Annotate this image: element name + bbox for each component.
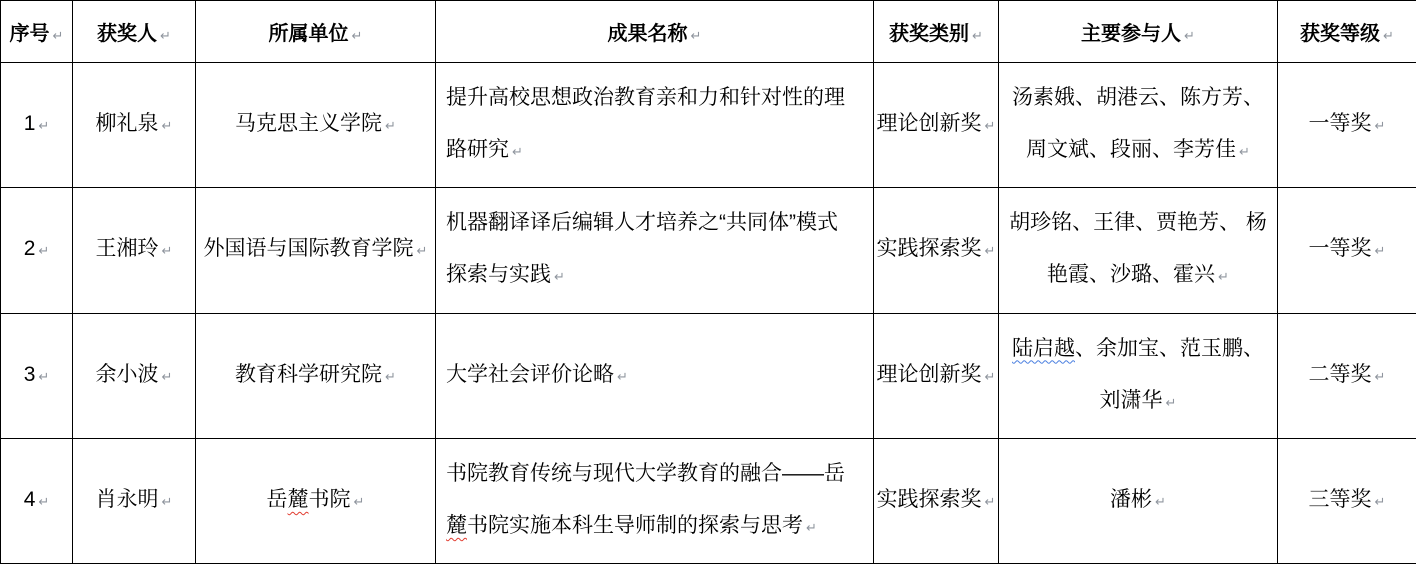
header-label: 所属单位 (269, 23, 349, 45)
cell-grade[interactable]: 二等奖↵ (1278, 313, 1416, 438)
column-header-unit: 所属单位↵ (196, 1, 436, 63)
paragraph-mark: ↵ (691, 28, 702, 43)
cell-text: 机器翻译译后编辑人才培养之“共同体”模式 (446, 211, 838, 234)
paragraph-mark: ↵ (385, 369, 396, 384)
text-line: 岳麓书院↵ (196, 474, 435, 528)
cell-category[interactable]: 理论创新奖↵ (874, 313, 999, 438)
paragraph-mark: ↵ (554, 269, 565, 284)
column-header-participants: 主要参与人↵ (999, 1, 1278, 63)
paragraph-mark: ↵ (1375, 369, 1386, 384)
cell-text: 书院教育传统与现代大学教育的融合——岳 (446, 462, 845, 485)
text-line: 刘潇华↵ (999, 375, 1277, 429)
cell-name[interactable]: 肖永明↵ (73, 438, 196, 563)
paragraph-mark: ↵ (1375, 494, 1386, 509)
paragraph-mark: ↵ (1184, 28, 1195, 43)
cell-text: 马克思主义学院 (235, 112, 382, 135)
cell-text: 余小波 (96, 363, 159, 386)
cell-achievement[interactable]: 书院教育传统与现代大学教育的融合——岳麓书院实施本科生导师制的探索与思考↵ (436, 438, 874, 563)
paragraph-mark: ↵ (1375, 243, 1386, 258)
paragraph-mark: ↵ (354, 494, 365, 509)
paragraph-mark: ↵ (162, 118, 173, 133)
cell-unit[interactable]: 教育科学研究院↵ (196, 313, 436, 438)
text-line: 周文斌、段丽、李芳佳↵ (999, 124, 1277, 178)
cell-text: 潘彬 (1110, 488, 1152, 511)
cell-text: 三等奖 (1309, 488, 1372, 511)
paragraph-mark: ↵ (38, 494, 49, 509)
spellcheck-red-wavy-text: 麓 (446, 514, 467, 537)
text-line: 4↵ (1, 474, 72, 528)
text-line: 三等奖↵ (1278, 474, 1416, 528)
text-line: 书院教育传统与现代大学教育的融合——岳 (446, 448, 869, 500)
cell-text: 外国语与国际教育学院 (204, 237, 414, 260)
text-line: 路研究↵ (446, 124, 869, 178)
header-label: 序号 (10, 23, 50, 45)
text-line: 理论创新奖↵ (874, 98, 998, 152)
text-line: 余小波↵ (73, 349, 195, 403)
cell-text: 岳 (267, 488, 288, 511)
paragraph-mark: ↵ (972, 28, 983, 43)
spellcheck-red-wavy-text: 麓 (288, 488, 309, 511)
cell-unit[interactable]: 马克思主义学院↵ (196, 63, 436, 188)
cell-text: 、余加宝、范玉鹏、 (1075, 337, 1264, 360)
paragraph-mark: ↵ (162, 369, 173, 384)
cell-text: 一等奖 (1309, 237, 1372, 260)
text-line: 王湘玲↵ (73, 223, 195, 277)
cell-text: 书院实施本科生导师制的探索与思考 (467, 514, 803, 537)
cell-text: 刘潇华 (1100, 389, 1163, 412)
text-line: 马克思主义学院↵ (196, 98, 435, 152)
cell-participants[interactable]: 潘彬↵ (999, 438, 1278, 563)
paragraph-mark: ↵ (1218, 269, 1229, 284)
header-label: 获奖人 (97, 23, 157, 45)
paragraph-mark: ↵ (162, 243, 173, 258)
cell-text: 一等奖 (1309, 112, 1372, 135)
table-row: 1↵柳礼泉↵马克思主义学院↵提升高校思想政治教育亲和力和针对性的理路研究↵理论创… (1, 63, 1416, 188)
text-line: 1↵ (1, 98, 72, 152)
column-header-name: 获奖人↵ (73, 1, 196, 63)
paragraph-mark: ↵ (53, 28, 64, 43)
cell-text: 提升高校思想政治教育亲和力和针对性的理 (446, 86, 845, 109)
cell-text: 大学社会评价论略 (446, 363, 614, 386)
header-label: 获奖类别 (889, 23, 969, 45)
paragraph-mark: ↵ (352, 28, 363, 43)
cell-text: 书院 (309, 488, 351, 511)
cell-text: 4 (24, 488, 36, 511)
cell-grade[interactable]: 一等奖↵ (1278, 188, 1416, 313)
cell-text: 路研究 (446, 138, 509, 161)
cell-no[interactable]: 3↵ (1, 313, 73, 438)
table-header: 序号↵获奖人↵所属单位↵成果名称↵获奖类别↵主要参与人↵获奖等级↵ (1, 1, 1416, 63)
paragraph-mark: ↵ (160, 28, 171, 43)
spellcheck-blue-wavy-text: 陆启越 (1012, 337, 1075, 360)
paragraph-mark: ↵ (985, 369, 996, 384)
cell-text: 周文斌、段丽、李芳佳 (1026, 138, 1236, 161)
text-line: 陆启越、余加宝、范玉鹏、 (999, 323, 1277, 375)
cell-no[interactable]: 1↵ (1, 63, 73, 188)
cell-text: 2 (24, 237, 36, 260)
text-line: 二等奖↵ (1278, 349, 1416, 403)
cell-text: 教育科学研究院 (235, 363, 382, 386)
paragraph-mark: ↵ (162, 494, 173, 509)
cell-text: 理论创新奖 (877, 363, 982, 386)
cell-achievement[interactable]: 机器翻译译后编辑人才培养之“共同体”模式探索与实践↵ (436, 188, 874, 313)
text-line: 探索与实践↵ (446, 249, 869, 303)
cell-participants[interactable]: 胡珍铭、王律、贾艳芳、 杨艳霞、沙璐、霍兴↵ (999, 188, 1278, 313)
text-line: 潘彬↵ (999, 474, 1277, 528)
cell-name[interactable]: 余小波↵ (73, 313, 196, 438)
awards-table: 序号↵获奖人↵所属单位↵成果名称↵获奖类别↵主要参与人↵获奖等级↵ 1↵柳礼泉↵… (0, 0, 1416, 564)
cell-text: 1 (24, 112, 36, 135)
paragraph-mark: ↵ (985, 243, 996, 258)
text-line: 麓书院实施本科生导师制的探索与思考↵ (446, 500, 869, 554)
cell-text: 实践探索奖 (877, 237, 982, 260)
cell-text: 3 (24, 363, 36, 386)
paragraph-mark: ↵ (417, 243, 428, 258)
text-line: 一等奖↵ (1278, 223, 1416, 277)
header-row: 序号↵获奖人↵所属单位↵成果名称↵获奖类别↵主要参与人↵获奖等级↵ (1, 1, 1416, 63)
cell-category[interactable]: 实践探索奖↵ (874, 438, 999, 563)
text-line: 外国语与国际教育学院↵ (196, 223, 435, 277)
text-line: 教育科学研究院↵ (196, 349, 435, 403)
cell-text: 艳霞、沙璐、霍兴 (1047, 263, 1215, 286)
table-row: 4↵肖永明↵岳麓书院↵书院教育传统与现代大学教育的融合——岳麓书院实施本科生导师… (1, 438, 1416, 563)
document-page: 序号↵获奖人↵所属单位↵成果名称↵获奖类别↵主要参与人↵获奖等级↵ 1↵柳礼泉↵… (0, 0, 1416, 564)
cell-text: 柳礼泉 (96, 112, 159, 135)
cell-participants[interactable]: 陆启越、余加宝、范玉鹏、刘潇华↵ (999, 313, 1278, 438)
cell-text: 胡珍铭、王律、贾艳芳、 杨 (1009, 211, 1267, 234)
paragraph-mark: ↵ (1239, 144, 1250, 159)
text-line: 机器翻译译后编辑人才培养之“共同体”模式 (446, 197, 869, 249)
text-line: 肖永明↵ (73, 474, 195, 528)
cell-category[interactable]: 理论创新奖↵ (874, 63, 999, 188)
text-line: 一等奖↵ (1278, 98, 1416, 152)
paragraph-mark: ↵ (1375, 118, 1386, 133)
cell-text: 理论创新奖 (877, 112, 982, 135)
text-line: 柳礼泉↵ (73, 98, 195, 152)
column-header-category: 获奖类别↵ (874, 1, 999, 63)
column-header-no: 序号↵ (1, 1, 73, 63)
paragraph-mark: ↵ (1166, 395, 1177, 410)
cell-category[interactable]: 实践探索奖↵ (874, 188, 999, 313)
header-label: 主要参与人 (1081, 23, 1181, 45)
cell-unit[interactable]: 岳麓书院↵ (196, 438, 436, 563)
paragraph-mark: ↵ (38, 243, 49, 258)
table-body: 1↵柳礼泉↵马克思主义学院↵提升高校思想政治教育亲和力和针对性的理路研究↵理论创… (1, 63, 1416, 564)
text-line: 提升高校思想政治教育亲和力和针对性的理 (446, 72, 869, 124)
header-label: 获奖等级 (1300, 23, 1380, 45)
text-line: 理论创新奖↵ (874, 349, 998, 403)
column-header-grade: 获奖等级↵ (1278, 1, 1416, 63)
cell-text: 汤素娥、胡港云、陈方芳、 (1012, 86, 1264, 109)
text-line: 艳霞、沙璐、霍兴↵ (999, 249, 1277, 303)
text-line: 实践探索奖↵ (874, 474, 998, 528)
header-label: 成果名称 (608, 23, 688, 45)
paragraph-mark: ↵ (38, 118, 49, 133)
table-row: 2↵王湘玲↵外国语与国际教育学院↵机器翻译译后编辑人才培养之“共同体”模式探索与… (1, 188, 1416, 313)
cell-achievement[interactable]: 大学社会评价论略↵ (436, 313, 874, 438)
cell-text: 王湘玲 (96, 237, 159, 260)
paragraph-mark: ↵ (385, 118, 396, 133)
cell-no[interactable]: 4↵ (1, 438, 73, 563)
text-line: 实践探索奖↵ (874, 223, 998, 277)
text-line: 2↵ (1, 223, 72, 277)
table-row: 3↵余小波↵教育科学研究院↵大学社会评价论略↵理论创新奖↵陆启越、余加宝、范玉鹏… (1, 313, 1416, 438)
cell-grade[interactable]: 三等奖↵ (1278, 438, 1416, 563)
cell-name[interactable]: 王湘玲↵ (73, 188, 196, 313)
paragraph-mark: ↵ (806, 520, 817, 535)
cell-name[interactable]: 柳礼泉↵ (73, 63, 196, 188)
text-line: 大学社会评价论略↵ (446, 349, 869, 403)
paragraph-mark: ↵ (617, 369, 628, 384)
paragraph-mark: ↵ (38, 369, 49, 384)
paragraph-mark: ↵ (1155, 494, 1166, 509)
column-header-achievement: 成果名称↵ (436, 1, 874, 63)
cell-text: 探索与实践 (446, 263, 551, 286)
paragraph-mark: ↵ (1383, 28, 1394, 43)
cell-unit[interactable]: 外国语与国际教育学院↵ (196, 188, 436, 313)
cell-grade[interactable]: 一等奖↵ (1278, 63, 1416, 188)
cell-achievement[interactable]: 提升高校思想政治教育亲和力和针对性的理路研究↵ (436, 63, 874, 188)
cell-text: 实践探索奖 (877, 488, 982, 511)
cell-text: 二等奖 (1309, 363, 1372, 386)
cell-text: 肖永明 (96, 488, 159, 511)
text-line: 胡珍铭、王律、贾艳芳、 杨 (999, 197, 1277, 249)
paragraph-mark: ↵ (512, 144, 523, 159)
paragraph-mark: ↵ (985, 494, 996, 509)
text-line: 汤素娥、胡港云、陈方芳、 (999, 72, 1277, 124)
cell-participants[interactable]: 汤素娥、胡港云、陈方芳、周文斌、段丽、李芳佳↵ (999, 63, 1278, 188)
paragraph-mark: ↵ (985, 118, 996, 133)
cell-no[interactable]: 2↵ (1, 188, 73, 313)
text-line: 3↵ (1, 349, 72, 403)
